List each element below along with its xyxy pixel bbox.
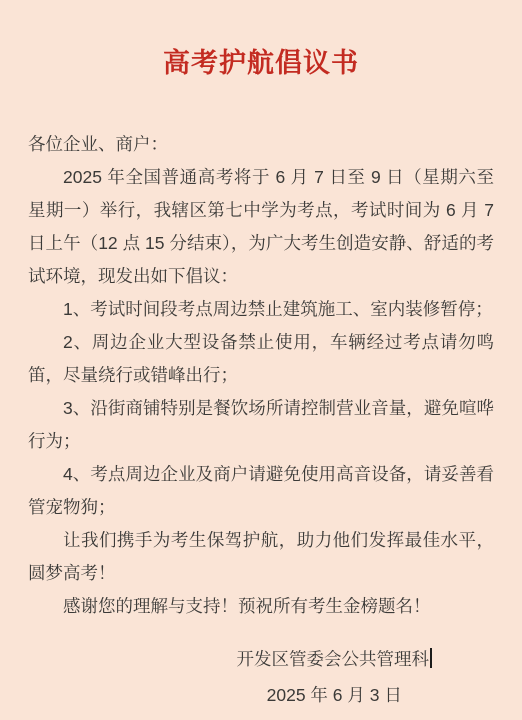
body-paragraph: 感谢您的理解与支持！预祝所有考生金榜题名！	[28, 590, 494, 623]
body-paragraph: 4、考点周边企业及商户请避免使用高音设备，请妥善看管宠物狗；	[28, 458, 494, 524]
signature-line: 开发区管委会公共管理科	[237, 643, 433, 676]
document-page[interactable]: 高考护航倡议书 各位企业、商户： 2025 年全国普通高考将于 6 月 7 日至…	[0, 0, 522, 720]
body-paragraph: 3、沿街商铺特别是餐饮场所请控制营业音量，避免喧哗行为；	[28, 392, 494, 458]
text-cursor	[430, 648, 432, 668]
date: 2025 年 6 月 3 日	[237, 679, 433, 712]
signature-block: 开发区管委会公共管理科 2025 年 6 月 3 日	[237, 643, 433, 712]
body-paragraph: 让我们携手为考生保驾护航，助力他们发挥最佳水平，圆梦高考！	[28, 524, 494, 590]
body-paragraphs: 2025 年全国普通高考将于 6 月 7 日至 9 日（星期六至星期一）举行，我…	[28, 161, 494, 623]
document-body: 各位企业、商户： 2025 年全国普通高考将于 6 月 7 日至 9 日（星期六…	[28, 128, 494, 712]
body-paragraph: 1、考试时间段考点周边禁止建筑施工、室内装修暂停；	[28, 293, 494, 326]
salutation: 各位企业、商户：	[28, 128, 494, 161]
body-paragraph: 2025 年全国普通高考将于 6 月 7 日至 9 日（星期六至星期一）举行，我…	[28, 161, 494, 293]
signature: 开发区管委会公共管理科	[237, 649, 430, 669]
body-paragraph: 2、周边企业大型设备禁止使用，车辆经过考点请勿鸣笛，尽量绕行或错峰出行；	[28, 326, 494, 392]
document-title: 高考护航倡议书	[28, 48, 494, 78]
